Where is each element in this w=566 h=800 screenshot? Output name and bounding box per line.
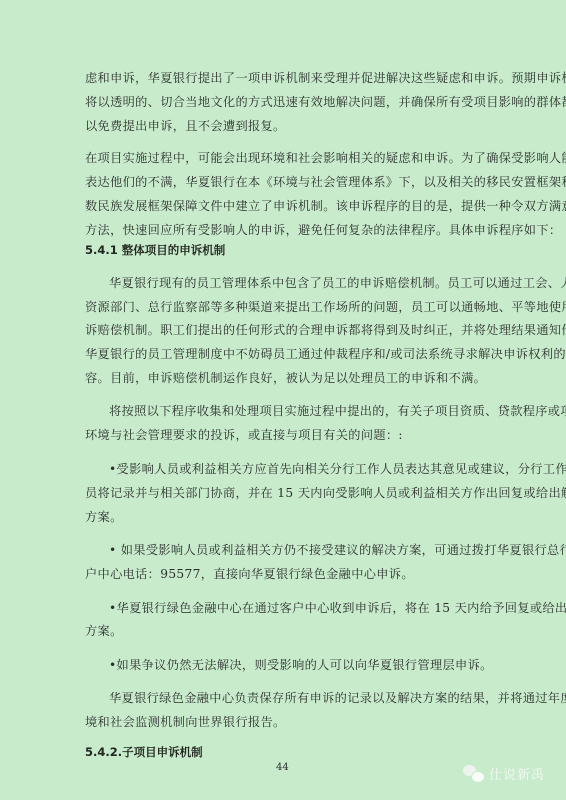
paragraph-line: 环境与社会管理要求的投诉，或直接与项目有关的问题：:	[85, 427, 485, 443]
section-heading-5-4-1: 5.4.1 整体项目的申诉机制	[85, 242, 225, 258]
paragraph-line: 资源部门、总行监察部等多种渠道来提出工作场所的问题，员工可以通畅地、平等地使用申	[85, 299, 485, 315]
paragraph-line: 虑和申诉，华夏银行提出了一项申诉机制来受理并促进解决这些疑虑和申诉。预期申诉机制	[85, 70, 485, 86]
bullet-item-line: •华夏银行绿色金融中心在通过客户中心收到申诉后，将在 15 天内给予回复或给出解…	[109, 600, 509, 616]
bullet-item-line: 户中心电话：95577，直接向华夏银行绿色金融中心申诉。	[85, 566, 485, 582]
paragraph-line: 容。目前，申诉赔偿机制运作良好，被认为足以处理员工的申诉和不满。	[85, 370, 485, 386]
paragraph-line: 将以透明的、切合当地文化的方式迅速有效地解决问题，并确保所有受项目影响的群体都可	[85, 94, 485, 110]
bullet-item-line: 方案。	[85, 509, 485, 525]
paragraph-line: 数民族发展框架保障文件中建立了申诉机制。该申诉程序的目的是，提供一种令双方满意的	[85, 198, 485, 214]
paragraph-line: 将按照以下程序收集和处理项目实施过程中提出的，有关子项目资质、贷款程序或项目	[109, 403, 509, 419]
paragraph-line: 境和社会监测机制向世界银行报告。	[85, 714, 485, 730]
page-number: 44	[276, 762, 289, 773]
paragraph-line: 华夏银行的员工管理制度中不妨碍员工通过仲裁程序和/或司法系统寻求解决申诉权利的内	[85, 346, 485, 362]
watermark: 仕说新禹	[463, 764, 545, 783]
bullet-item-line: 方案。	[85, 623, 485, 639]
paragraph-line: 方法，快速回应所有受影响人的申诉，避免任何复杂的法律程序。具体申诉程序如下：	[85, 222, 485, 238]
paragraph-line: 在项目实施过程中，可能会出现环境和社会影响相关的疑虑和申诉。为了确保受影响人能够	[85, 150, 485, 166]
paragraph-line: 诉赔偿机制。职工们提出的任何形式的合理申诉都将得到及时纠正，并将处理结果通知他们…	[85, 322, 485, 338]
bullet-item-line: • 如果受影响人员或利益相关方仍不接受建议的解决方案，可通过拨打华夏银行总行客	[109, 542, 509, 558]
document-page: 虑和申诉，华夏银行提出了一项申诉机制来受理并促进解决这些疑虑和申诉。预期申诉机制…	[0, 0, 566, 800]
bullet-item-line: •受影响人员或利益相关方应首先向相关分行工作人员表达其意见或建议，分行工作人	[109, 461, 509, 477]
bullet-item-line: 员将记录并与相关部门协商，并在 15 天内向受影响人员或利益相关方作出回复或给出…	[85, 485, 485, 501]
paragraph-line: 以免费提出申诉，且不会遭到报复。	[85, 118, 485, 134]
section-heading-5-4-2: 5.4.2.子项目申诉机制	[85, 744, 203, 760]
bullet-item-line: •如果争议仍然无法解决，则受影响的人可以向华夏银行管理层申诉。	[109, 657, 509, 673]
watermark-text: 仕说新禹	[489, 764, 545, 783]
paragraph-line: 华夏银行绿色金融中心负责保存所有申诉的记录以及解决方案的结果，并将通过年度环	[109, 690, 509, 706]
wechat-icon	[463, 765, 485, 783]
paragraph-line: 华夏银行现有的员工管理体系中包含了员工的申诉赔偿机制。员工可以通过工会、人力	[109, 275, 485, 291]
paragraph-line: 表达他们的不满，华夏银行在本《环境与社会管理体系》下，以及相关的移民安置框架和少	[85, 174, 485, 190]
